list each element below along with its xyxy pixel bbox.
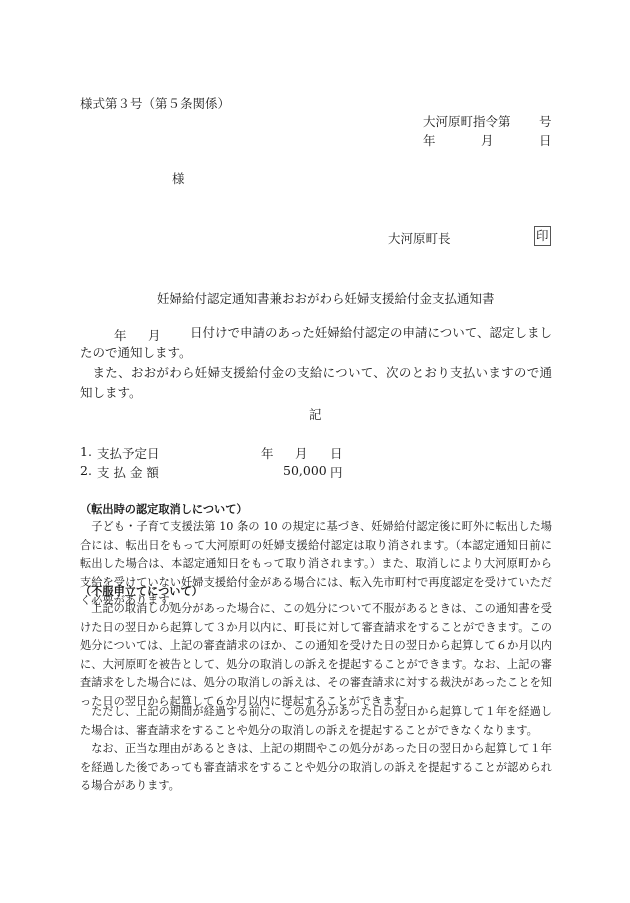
item-2-num: 2.: [80, 463, 92, 478]
para2-text: また、おおがわら妊婦支援給付金の支給について、次のとおり支払いますので通知します…: [80, 363, 552, 403]
item-2-unit: 円: [330, 463, 343, 481]
para1-body: 日付けで申請のあった妊婦給付認定の申請について、認定しましたので通知します。: [80, 325, 552, 360]
form-number: 様式第３号（第５条関係）: [80, 94, 230, 112]
item-1-label: 支払予定日: [97, 444, 160, 462]
item-2-label: 支 払 金 額: [97, 463, 159, 481]
seal-mark: 印: [534, 226, 551, 246]
document-title: 妊婦給付認定通知書兼おおがわら妊婦支援給付金支払通知書: [157, 289, 495, 307]
date-year: 年: [423, 131, 436, 149]
item-2-amount: 50,000: [283, 463, 327, 478]
issuer-name: 大河原町長: [388, 229, 451, 247]
reference-suffix: 号: [539, 112, 552, 130]
notes-heading-transfer: （転出時の認定取消しについて）: [80, 501, 248, 517]
notes-text-deadline: ただし、上記の期間が経過する前に、この処分があった日の翌日から起算して１年を経過…: [80, 703, 552, 740]
item-1-month: 月: [295, 444, 308, 462]
ki-marker: 記: [309, 405, 322, 423]
date-month: 月: [481, 131, 494, 149]
notes-heading-appeal: （不服申立てについて）: [80, 583, 203, 599]
item-1-year: 年: [261, 444, 274, 462]
item-1-num: 1.: [80, 444, 92, 459]
notes-text-appeal: 上記の取消しの処分があった場合に、この処分について不服があるときは、この通知書を…: [80, 600, 552, 712]
recipient-honorific: 様: [172, 169, 185, 187]
item-1-day: 日: [330, 444, 343, 462]
reference-label: 大河原町指令第: [423, 112, 511, 130]
notes-text-exception: なお、正当な理由があるときは、上記の期間やこの処分があった日の翌日から起算して１…: [80, 740, 552, 796]
date-day: 日: [539, 131, 552, 149]
para1-text: 日付けで申請のあった妊婦給付認定の申請について、認定しましたので通知します。: [80, 323, 552, 363]
